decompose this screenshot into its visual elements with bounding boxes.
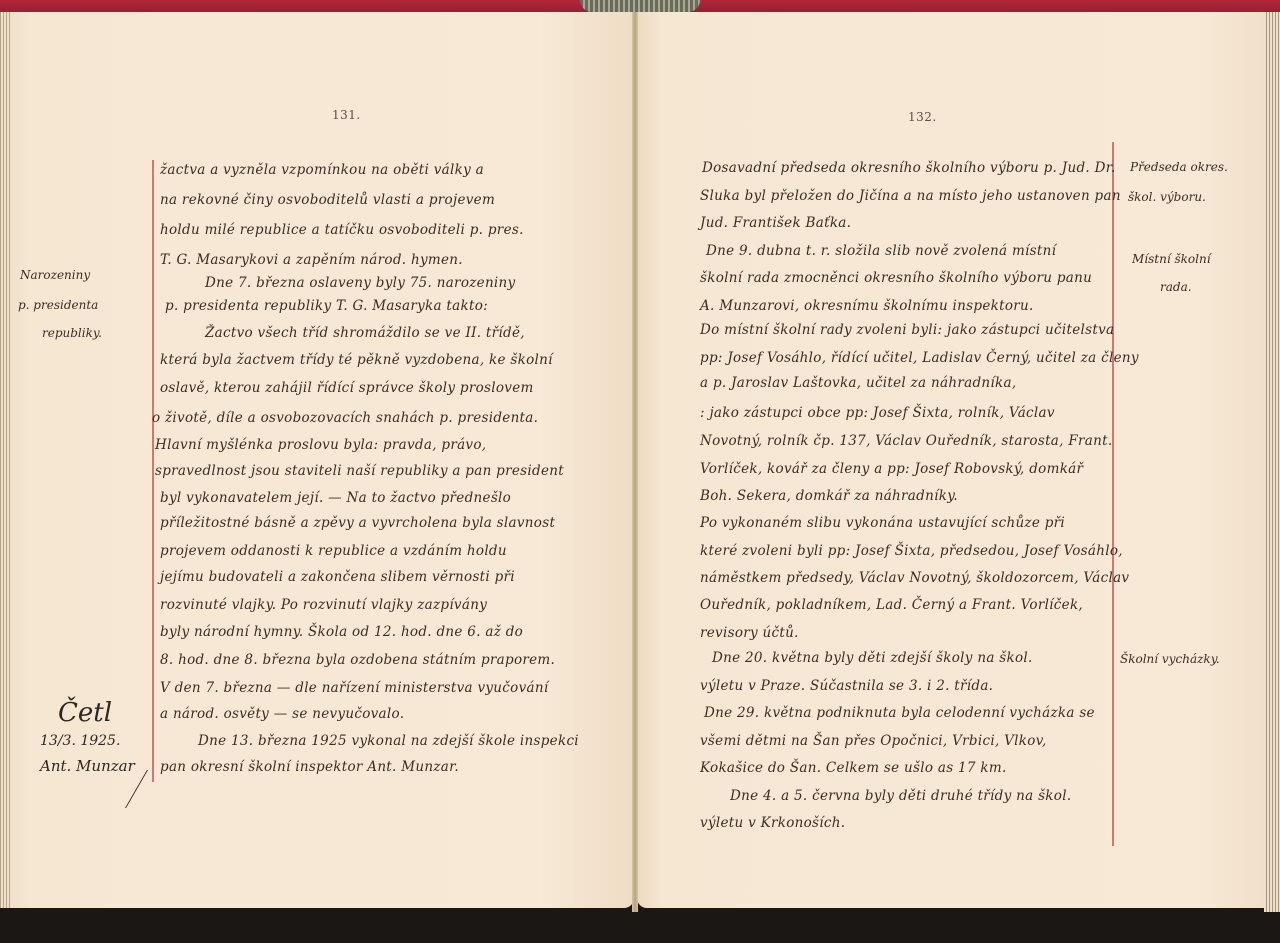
handwritten-line: a národ. osvěty — se nevyučovalo.: [160, 706, 404, 722]
right-margin-rule: [1112, 142, 1114, 846]
handwritten-line: Dne 9. dubna t. r. složila slib nově zvo…: [706, 243, 1056, 259]
handwritten-line: Dne 20. května byly děti zdejší školy na…: [712, 650, 1033, 666]
signature-date: 13/3. 1925.: [40, 733, 120, 749]
handwritten-line: Boh. Sekera, domkář za náhradníky.: [700, 488, 958, 504]
handwritten-line: byl vykonavatelem její. — Na to žactvo p…: [160, 490, 511, 506]
handwritten-line: holdu milé republice a tatíčku osvobodit…: [160, 222, 524, 238]
handwritten-line: projevem oddanosti k republice a vzdáním…: [160, 543, 507, 559]
margin-note: p. presidenta: [18, 298, 98, 312]
handwritten-line: Novotný, rolník čp. 137, Václav Ouředník…: [700, 433, 1112, 449]
signature-label: Četl: [58, 698, 112, 728]
margin-note: Místní školní: [1132, 252, 1211, 266]
handwritten-line: pp: Josef Vosáhlo, řídící učitel, Ladisl…: [700, 350, 1139, 366]
handwritten-line: výletu v Praze. Súčastnila se 3. i 2. tř…: [700, 678, 993, 694]
handwritten-line: Po vykonaném slibu vykonána ustavující s…: [700, 515, 1065, 531]
handwritten-line: pan okresní školní inspektor Ant. Munzar…: [160, 759, 459, 775]
handwritten-line: která byla žactvem třídy té pěkně vyzdob…: [160, 352, 553, 368]
handwritten-line: revisory účtů.: [700, 625, 799, 641]
handwritten-line: A. Munzarovi, okresnímu školnímu inspekt…: [700, 298, 1034, 314]
left-page-stack-edge: [0, 12, 10, 908]
left-page-number: 131.: [332, 108, 361, 122]
handwritten-line: Sluka byl přeložen do Jičína a na místo …: [700, 188, 1121, 204]
margin-note: Předseda okres.: [1130, 160, 1228, 174]
handwritten-line: Do místní školní rady zvoleni byli: jako…: [700, 322, 1114, 338]
handwritten-line: V den 7. března — dle nařízení ministers…: [160, 680, 548, 696]
book-gutter: [632, 12, 638, 912]
handwritten-line: spravedlnost jsou staviteli naší republi…: [155, 463, 564, 479]
handwritten-line: Dosavadní předseda okresního školního vý…: [702, 160, 1116, 176]
handwritten-line: všemi dětmi na Šan přes Opočnici, Vrbici…: [700, 733, 1047, 749]
handwritten-line: školní rada zmocněnci okresního školního…: [700, 270, 1092, 286]
handwritten-line: rozvinuté vlajky. Po rozvinutí vlajky za…: [160, 597, 487, 613]
handwritten-line: jejímu budovateli a zakončena slibem věr…: [160, 569, 515, 585]
right-page-number: 132.: [908, 110, 937, 124]
handwritten-line: Kokašice do Šan. Celkem se ušlo as 17 km…: [700, 760, 1007, 776]
handwritten-line: Vorlíček, kovář za členy a pp: Josef Rob…: [700, 461, 1083, 477]
handwritten-line: Dne 4. a 5. června byly děti druhé třídy…: [730, 788, 1071, 804]
margin-note: Narozeniny: [20, 268, 90, 282]
handwritten-line: příležitostné básně a zpěvy a vyvrcholen…: [160, 515, 555, 531]
handwritten-line: náměstkem předsedy, Václav Novotný, škol…: [700, 570, 1129, 586]
handwritten-line: o životě, díle a osvobozovacích snahách …: [152, 410, 538, 426]
handwritten-line: Jud. František Baťka.: [700, 215, 851, 231]
margin-note: škol. výboru.: [1128, 190, 1206, 204]
margin-note: rada.: [1160, 280, 1192, 294]
handwritten-line: Dne 7. března oslaveny byly 75. narozeni…: [205, 275, 515, 291]
handwritten-line: žactva a vyzněla vzpomínkou na oběti vál…: [160, 162, 484, 178]
handwritten-line: výletu v Krkonoších.: [700, 815, 845, 831]
handwritten-line: : jako zástupci obce pp: Josef Šixta, ro…: [700, 405, 1055, 421]
book-headband: [580, 0, 700, 12]
handwritten-line: 8. hod. dne 8. března byla ozdobena stát…: [160, 652, 555, 668]
handwritten-line: které zvoleni byli pp: Josef Šixta, před…: [700, 543, 1123, 559]
margin-note: republiky.: [42, 326, 102, 340]
handwritten-line: Hlavní myšlénka proslovu byla: pravda, p…: [155, 437, 486, 453]
right-page-stack-edge: [1264, 12, 1280, 912]
handwritten-line: na rekovné činy osvoboditelů vlasti a pr…: [160, 192, 495, 208]
handwritten-line: p. presidenta republiky T. G. Masaryka t…: [165, 298, 488, 314]
handwritten-line: oslavě, kterou zahájil řídící správce šk…: [160, 380, 534, 396]
handwritten-line: T. G. Masarykovi a zapěním národ. hymen.: [160, 252, 463, 268]
handwritten-line: Dne 29. května podniknuta byla celodenní…: [704, 705, 1095, 721]
handwritten-line: Žactvo všech tříd shromáždilo se ve II. …: [205, 325, 525, 341]
handwritten-line: Dne 13. března 1925 vykonal na zdejší šk…: [198, 733, 579, 749]
margin-note: Školní vycházky.: [1120, 652, 1220, 666]
handwritten-line: Ouředník, pokladníkem, Lad. Černý a Fran…: [700, 597, 1083, 613]
handwritten-line: byly národní hymny. Škola od 12. hod. dn…: [160, 624, 523, 640]
handwritten-line: a p. Jaroslav Laštovka, učitel za náhrad…: [700, 375, 1016, 391]
left-margin-rule: [152, 160, 154, 782]
